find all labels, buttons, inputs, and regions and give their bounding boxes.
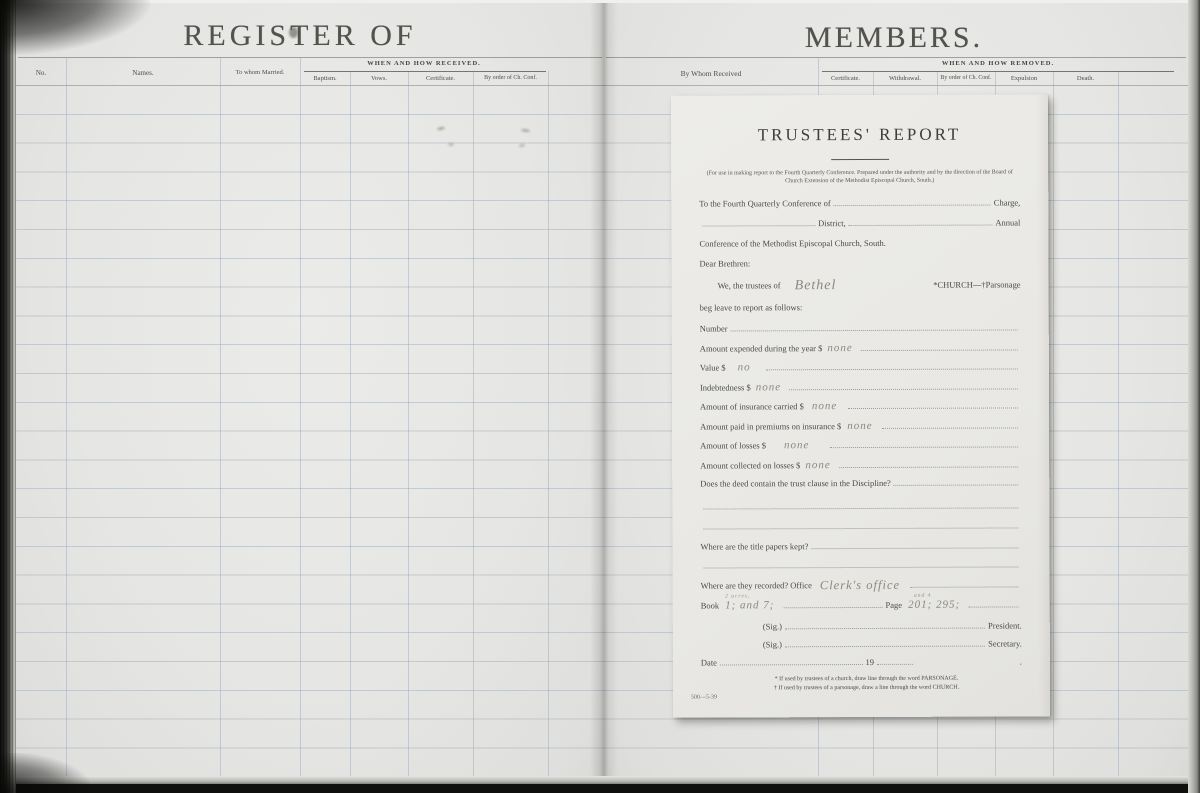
footnote-church: † If used by trustees of a parsonage, dr… bbox=[713, 684, 1020, 691]
blank-line bbox=[861, 344, 1018, 351]
form-field-premiums: Amount paid in premiums on insurance $ n… bbox=[700, 419, 1021, 432]
ledger-grid-left bbox=[16, 85, 604, 779]
form-field-date: Date 19 . bbox=[701, 656, 1022, 667]
page-gutter-shadow bbox=[590, 0, 618, 784]
field-label: Indebtedness $ bbox=[700, 382, 751, 392]
column-line bbox=[66, 57, 67, 776]
label-page: Page bbox=[886, 600, 903, 610]
column-header-by-whom-received: By Whom Received bbox=[604, 69, 818, 78]
form-field-recorded-office: Where are they recorded? Office Clerk's … bbox=[701, 576, 1022, 592]
blank-line bbox=[811, 542, 1018, 549]
column-header-certificate: Certificate. bbox=[408, 75, 473, 82]
header-top-rule bbox=[606, 57, 1186, 58]
form-blank-line bbox=[700, 501, 1021, 509]
handwriting-book: 2 acres, 1; and 7; bbox=[725, 599, 774, 611]
form-title: TRUSTEES' REPORT bbox=[671, 124, 1048, 145]
label-beg-leave: beg leave to report as follows: bbox=[700, 302, 803, 312]
field-label: Amount paid in premiums on insurance $ bbox=[700, 421, 841, 431]
column-header-by-order-of-ch-conf: By order of Ch. Conf. bbox=[473, 75, 548, 81]
form-field-title-papers: Where are the title papers kept? bbox=[700, 540, 1021, 551]
field-label: Amount of insurance carried $ bbox=[700, 401, 804, 411]
form-field-losses: Amount of losses $ none bbox=[700, 438, 1021, 451]
group-header-underline bbox=[822, 71, 1174, 72]
label-sig: (Sig.) bbox=[763, 639, 782, 649]
blank-line bbox=[834, 199, 991, 206]
label-to-the-fourth-quarterly: To the Fourth Quarterly Conference of bbox=[699, 198, 830, 208]
column-header-withdrawal: Withdrawal. bbox=[873, 75, 937, 82]
label-we-the-trustees-of: We, the trustees of bbox=[718, 280, 781, 290]
form-field-number: Number bbox=[700, 322, 1021, 333]
blank-line bbox=[849, 219, 993, 226]
field-label: Where are they recorded? Office bbox=[701, 580, 812, 590]
form-signature-president: (Sig.) President. bbox=[701, 620, 1022, 631]
handwriting-book-value: 1; and 7; bbox=[725, 599, 774, 611]
column-header-vows: Vows. bbox=[350, 75, 408, 82]
form-field-value: Value $ no bbox=[700, 360, 1021, 373]
binding-page-stack-edge bbox=[0, 0, 16, 793]
field-label: Does the deed contain the trust clause i… bbox=[700, 478, 891, 489]
form-field-deed-trust-clause: Does the deed contain the trust clause i… bbox=[700, 477, 1021, 488]
blank-line bbox=[877, 658, 913, 665]
label-date: Date bbox=[701, 658, 717, 668]
blank-line bbox=[720, 658, 863, 665]
form-line-trustees: We, the trustees of Bethel *CHURCH—†Pars… bbox=[700, 276, 1021, 293]
handwriting-page-note: and 4 bbox=[914, 593, 931, 599]
handwriting-value: none bbox=[805, 459, 830, 471]
handwriting-value: none bbox=[784, 439, 809, 451]
blank-line bbox=[848, 402, 1018, 409]
footnote-parsonage: * If used by trustees of a church, draw … bbox=[713, 675, 1020, 682]
handwriting-value: none bbox=[827, 342, 852, 354]
blank-line bbox=[882, 422, 1018, 429]
column-header-to-whom-married: To whom Married. bbox=[220, 69, 300, 76]
blank-line bbox=[830, 441, 1018, 448]
blank-line bbox=[783, 601, 882, 608]
blank-line bbox=[704, 560, 1019, 568]
blank-line bbox=[702, 220, 815, 227]
column-line bbox=[1053, 71, 1054, 776]
field-label: Amount expended during the year $ bbox=[700, 343, 823, 353]
form-title-rule bbox=[831, 159, 889, 160]
blank-line bbox=[911, 581, 1019, 588]
blank-line bbox=[969, 601, 1019, 608]
left-page: REGISTER OF No. Names. To whom Married. … bbox=[16, 3, 604, 784]
top-page-edge bbox=[16, 0, 1188, 3]
blank-line bbox=[894, 479, 1019, 486]
bottom-cover-edge bbox=[0, 784, 1200, 793]
blank-line bbox=[703, 521, 1018, 529]
column-line bbox=[408, 71, 409, 776]
group-header-underline bbox=[304, 71, 546, 72]
form-number: 500—5-39 bbox=[691, 695, 717, 701]
column-header-certificate: Certificate. bbox=[818, 75, 873, 82]
form-signature-secretary: (Sig.) Secretary. bbox=[701, 638, 1022, 649]
form-field-insurance-carried: Amount of insurance carried $ none bbox=[700, 399, 1021, 412]
register-book-scan: REGISTER OF No. Names. To whom Married. … bbox=[0, 0, 1200, 793]
label-annual: Annual bbox=[995, 217, 1020, 227]
handwriting-page-value: 201; 295; bbox=[908, 599, 960, 611]
field-label: Amount collected on losses $ bbox=[700, 460, 800, 470]
blank-line bbox=[731, 324, 1018, 332]
blank-line bbox=[703, 501, 1018, 509]
label-church-parsonage: *CHURCH—†Parsonage bbox=[933, 279, 1020, 289]
handwriting-page: and 4 201; 295; bbox=[908, 599, 960, 611]
column-header-expulsion: Expulsion bbox=[995, 75, 1053, 82]
form-blank-line bbox=[701, 560, 1022, 568]
field-label: Value $ bbox=[700, 362, 726, 372]
form-field-collected-on-losses: Amount collected on losses $ none bbox=[700, 458, 1021, 471]
blank-line bbox=[839, 461, 1019, 468]
blank-line bbox=[785, 640, 985, 647]
column-header-names: Names. bbox=[66, 69, 220, 77]
form-instructions: (For use in making report to the Fourth … bbox=[701, 168, 1018, 185]
form-line-salutation: Dear Brethren: bbox=[699, 257, 1020, 268]
blank-line bbox=[766, 363, 1018, 370]
form-blank-line bbox=[700, 521, 1021, 529]
field-label: Where are the title papers kept? bbox=[700, 541, 808, 551]
ink-smudge bbox=[289, 27, 298, 38]
label-period: . bbox=[1020, 656, 1022, 666]
header-top-rule bbox=[18, 57, 602, 58]
column-line bbox=[548, 71, 549, 776]
field-label: Amount of losses $ bbox=[700, 440, 766, 450]
column-header-baptism: Baptism. bbox=[300, 75, 350, 82]
page-title-members: MEMBERS. bbox=[734, 21, 1054, 55]
group-header-when-and-how-received: WHEN AND HOW RECEIVED. bbox=[300, 60, 548, 67]
group-header-when-and-how-removed: WHEN AND HOW REMOVED. bbox=[818, 60, 1178, 67]
field-label: Number bbox=[700, 323, 728, 333]
label-dear-brethren: Dear Brethren: bbox=[699, 258, 750, 268]
handwriting-value: none bbox=[756, 381, 781, 393]
handwriting-value: no bbox=[738, 361, 751, 373]
right-page-edge bbox=[1188, 0, 1200, 793]
form-line-church-south: Conference of the Methodist Episcopal Ch… bbox=[699, 237, 1020, 248]
form-line-district: District, Annual bbox=[699, 217, 1020, 228]
handwriting-value: none bbox=[847, 420, 872, 432]
form-line-beg-leave: beg leave to report as follows: bbox=[700, 301, 1021, 312]
handwriting-book-note: 2 acres, bbox=[725, 593, 750, 599]
handwriting-value: none bbox=[812, 400, 837, 412]
label-conference-of-mec-south: Conference of the Methodist Episcopal Ch… bbox=[699, 238, 886, 249]
handwriting-church-name: Bethel bbox=[795, 278, 837, 294]
label-sig: (Sig.) bbox=[763, 621, 782, 631]
column-header-by-order-of-ch-conf: By order of Ch. Conf. bbox=[937, 75, 995, 81]
form-field-indebtedness: Indebtedness $ none bbox=[700, 380, 1021, 393]
label-book: Book bbox=[701, 600, 719, 610]
form-field-book-page: Book 2 acres, 1; and 7; Page and 4 201; … bbox=[701, 598, 1022, 611]
label-charge: Charge, bbox=[994, 197, 1021, 207]
handwriting-office: Clerk's office bbox=[820, 578, 900, 593]
column-line bbox=[350, 71, 351, 776]
label-president: President. bbox=[988, 620, 1022, 630]
blank-line bbox=[789, 383, 1018, 390]
label-19: 19 bbox=[866, 657, 875, 667]
column-line bbox=[300, 57, 301, 776]
trustees-report-form: TRUSTEES' REPORT (For use in making repo… bbox=[671, 94, 1050, 717]
column-header-death: Death. bbox=[1053, 75, 1118, 82]
form-line-conference: To the Fourth Quarterly Conference of Ch… bbox=[699, 197, 1020, 208]
form-field-amount-expended: Amount expended during the year $ none bbox=[700, 341, 1021, 354]
column-line bbox=[1118, 71, 1119, 776]
label-secretary: Secretary. bbox=[988, 638, 1022, 648]
page-title-register: REGISTER OF bbox=[100, 19, 500, 53]
column-header-no: No. bbox=[16, 69, 66, 77]
column-line bbox=[473, 71, 474, 776]
label-district: District, bbox=[818, 218, 846, 228]
column-line bbox=[220, 57, 221, 776]
blank-line bbox=[785, 622, 985, 629]
pencil-smudge bbox=[448, 143, 454, 146]
